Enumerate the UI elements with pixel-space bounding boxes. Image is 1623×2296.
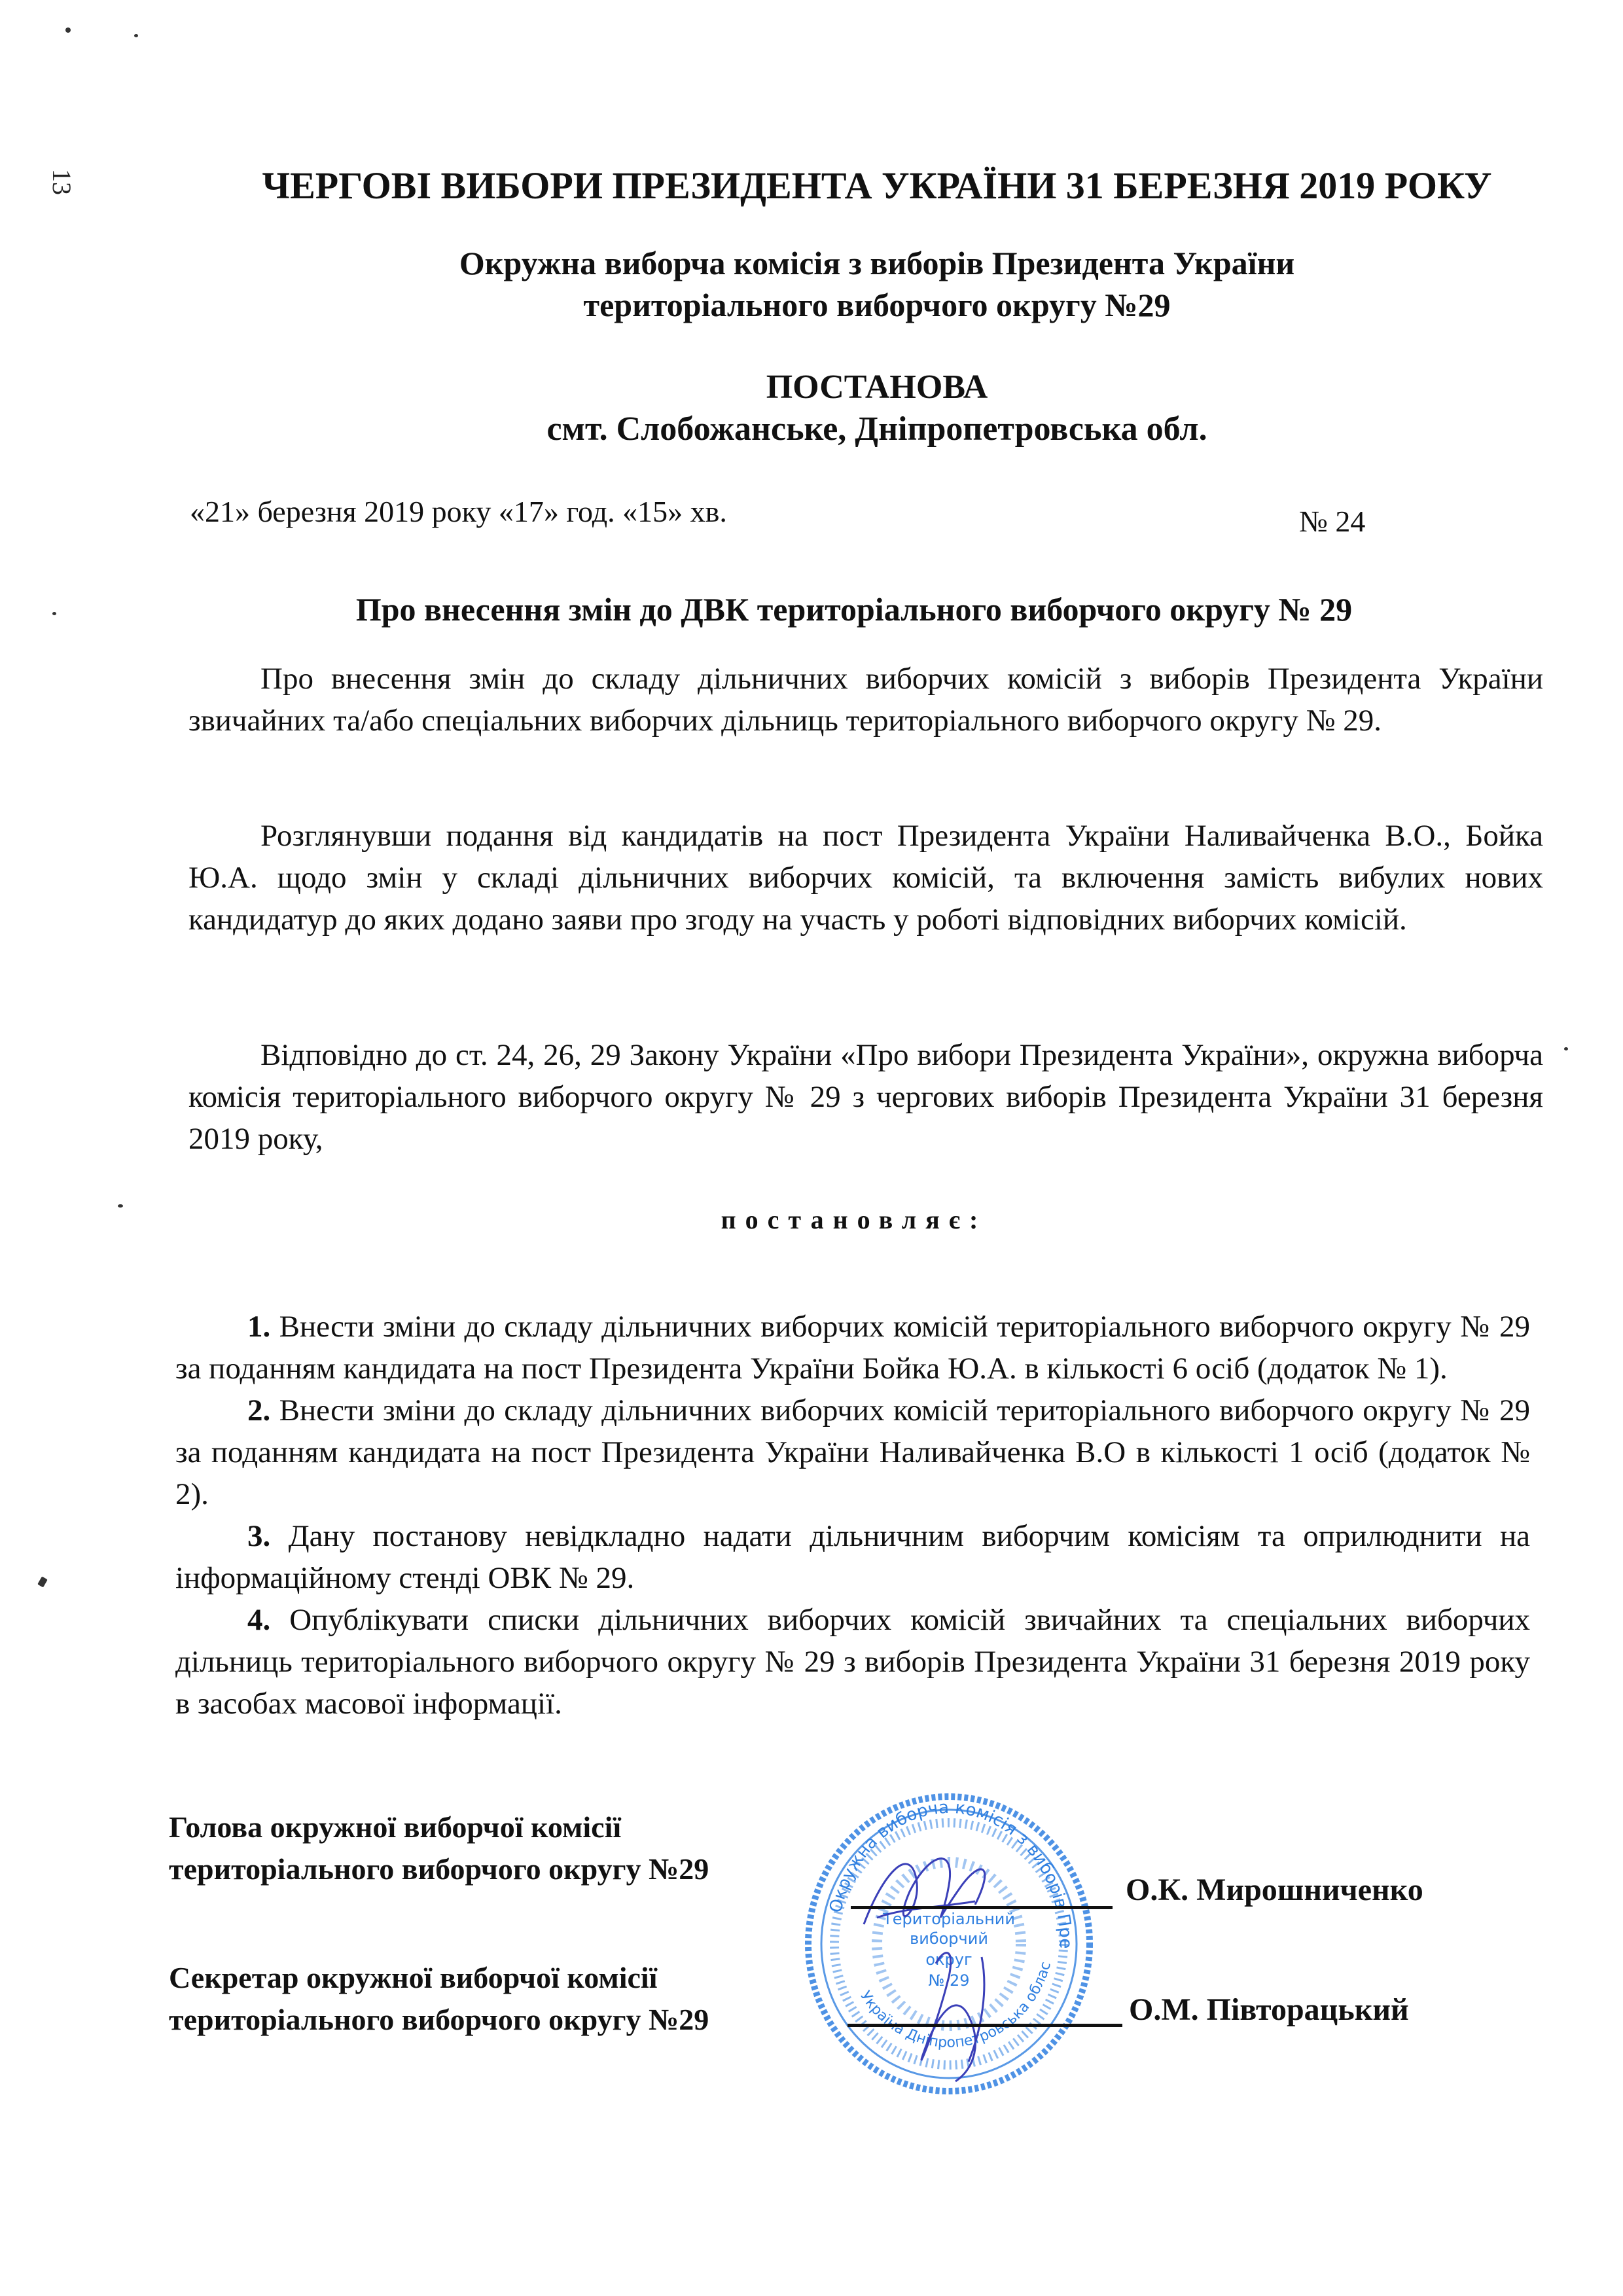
resolution-item: 2. Внести зміни до складу дільничних виб… [175, 1390, 1530, 1515]
resolution-item: 4. Опублікувати списки дільничних виборч… [175, 1599, 1530, 1725]
item-text: Дану постанову невідкладно надати дільни… [175, 1519, 1530, 1595]
resolution-item: 1. Внести зміни до складу дільничних виб… [175, 1306, 1530, 1390]
scan-speck [118, 1204, 123, 1208]
head-name: О.К. Мирошниченко [1126, 1872, 1423, 1908]
scan-speck [65, 27, 71, 33]
paragraph-considering: Розглянувши подання від кандидатів на по… [188, 815, 1543, 941]
item-number: 4. [247, 1603, 270, 1637]
official-stamp-icon: Окружна виборча комісія з виборів Презид… [785, 1793, 1113, 2094]
secretary-role-line2: територіального виборчого округу №29 [169, 1999, 709, 2041]
item-text: Внести зміни до складу дільничних виборч… [175, 1393, 1530, 1511]
date-time: «21» березня 2019 року «17» год. «15» хв… [190, 494, 727, 529]
resolution-item: 3. Дану постанову невідкладно надати діл… [175, 1515, 1530, 1599]
item-number: 3. [247, 1519, 270, 1553]
commission-name-line2: територіального виборчого округу №29 [131, 284, 1623, 326]
scan-speck [37, 1576, 48, 1587]
scan-speck [1564, 1047, 1568, 1050]
secretary-role-line1: Секретар окружної виборчої комісії [169, 1957, 709, 1999]
commission-name-line1: Окружна виборча комісія з виборів Презид… [131, 242, 1623, 284]
paragraph-legal-basis: Відповідно до ст. 24, 26, 29 Закону Укра… [188, 1034, 1543, 1160]
paragraph-intro: Про внесення змін до складу дільничних в… [188, 658, 1543, 742]
resolves-heading: постановляє: [0, 1204, 1623, 1235]
svg-text:Територіальний: Територіальний [882, 1910, 1015, 1928]
resolution-items: 1. Внести зміни до складу дільничних виб… [175, 1306, 1530, 1725]
subject-heading: Про внесення змін до ДВК територіального… [0, 590, 1623, 628]
signature-line-secretary [847, 2024, 1122, 2027]
decree-number: № 24 [1299, 504, 1365, 539]
decree-heading: ПОСТАНОВА смт. Слобожанське, Дніпропетро… [0, 367, 1623, 450]
item-number: 1. [247, 1310, 270, 1344]
signature-head: Голова окружної виборчої комісії територ… [169, 1806, 709, 1890]
location: смт. Слобожанське, Дніпропетровська обл. [131, 408, 1623, 450]
head-role-line1: Голова окружної виборчої комісії [169, 1806, 709, 1848]
commission-name: Окружна виборча комісія з виборів Презид… [0, 242, 1623, 326]
scan-speck [52, 612, 56, 615]
doc-type: ПОСТАНОВА [131, 367, 1623, 408]
item-number: 2. [247, 1393, 270, 1427]
svg-text:виборчий: виборчий [910, 1929, 988, 1948]
scan-speck [134, 34, 138, 37]
signature-line-head [851, 1906, 1113, 1909]
item-text: Опублікувати списки дільничних виборчих … [175, 1603, 1530, 1721]
item-text: Внести зміни до складу дільничних виборч… [175, 1310, 1530, 1386]
secretary-name: О.М. Півторацький [1129, 1992, 1409, 2028]
head-role-line2: територіального виборчого округу №29 [169, 1848, 709, 1890]
signature-secretary: Секретар окружної виборчої комісії терит… [169, 1957, 709, 2041]
document-title: ЧЕРГОВІ ВИБОРИ ПРЕЗИДЕНТА УКРАЇНИ 31 БЕР… [0, 164, 1623, 207]
